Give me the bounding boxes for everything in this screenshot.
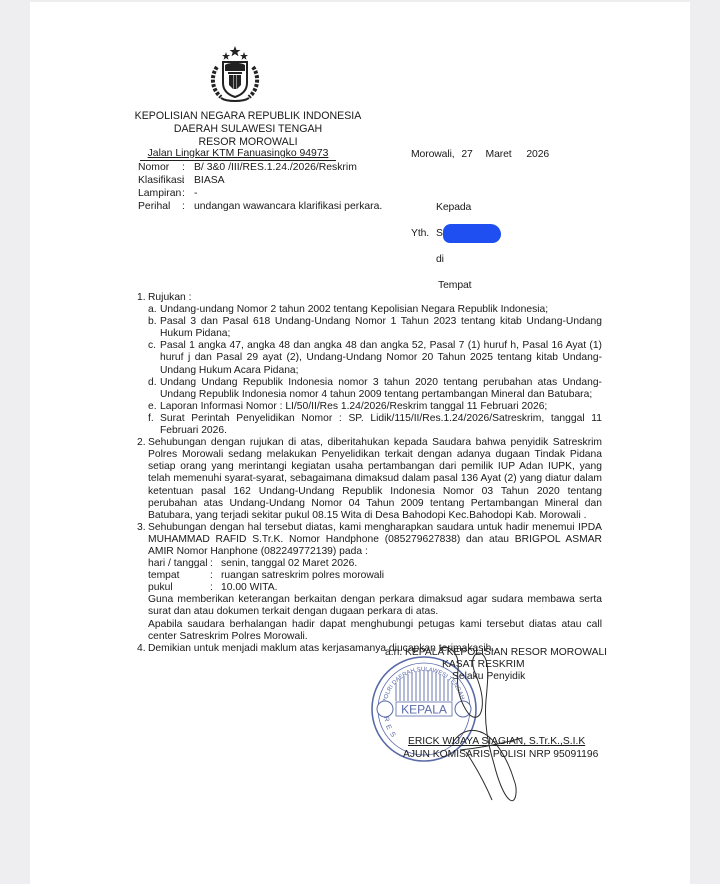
reference-b: b.Pasal 3 dan Pasal 618 Undang-Undang No… [148,316,602,340]
reference-a: a.Undang-undang Nomor 2 tahun 2002 tenta… [148,304,602,316]
recipient-yth: Yth. [411,228,429,240]
date-day: 27 [461,149,472,160]
date-year: 2026 [526,149,549,160]
paragraph-1-title: Rujukan : [148,292,602,304]
meta-klasifikasi-value: BIASA [194,175,225,186]
date-city: Morowali, [411,149,455,160]
police-emblem-icon [207,45,263,103]
redaction-mark [443,224,501,243]
recipient-kepada: Kepada [436,202,471,214]
meta-perihal-value: undangan wawancara klarifikasi perkara. [194,201,382,212]
schedule-place: tempat:ruangan satreskrim polres morowal… [148,570,602,582]
meta-nomor-label: Nomor [138,162,182,174]
letterhead-line-institution: KEPOLISIAN NEGARA REPUBLIK INDONESIA [133,110,363,123]
paragraph-1: 1. Rujukan : a.Undang-undang Nomor 2 tah… [137,292,602,437]
meta-perihal-label: Perihal [138,201,182,213]
svg-text:RES: RES [382,716,399,742]
reference-e: e.Laporan Informasi Nomor : LI/50/II/Res… [148,401,602,413]
meta-klasifikasi-label: Klasifikasi [138,175,182,187]
meta-klasifikasi: Klasifikasi:BIASA [138,175,225,187]
schedule-date: hari / tanggal:senin, tanggal 02 Maret 2… [148,558,602,570]
letter-date: Morowali, 27 Maret 2026 [411,149,549,161]
schedule-time: pukul:10.00 WITA. [148,582,602,594]
paragraph-3: 3. Sehubungan dengan hal tersebut diatas… [137,522,602,643]
reference-c: c.Pasal 1 angka 47, angka 48 dan angka 4… [148,340,602,376]
paragraph-3-note-1: Guna memberikan keterangan berkaitan den… [148,594,602,618]
meta-lampiran-value: - [194,188,197,199]
recipient-tempat: Tempat [438,280,471,292]
reference-f: f.Surat Perintah Penyelidikan Nomor : SP… [148,413,602,437]
letterhead-address: Jalan Lingkar KTM Fanuasingko 94973 [140,148,336,159]
reference-d: d.Undang Undang Republik Indonesia nomor… [148,377,602,401]
letterhead-divider [140,160,336,161]
paragraph-2: 2. Sehubungan dengan rujukan di atas, di… [137,437,602,522]
letter-body: 1. Rujukan : a.Undang-undang Nomor 2 tah… [137,292,602,655]
meta-nomor-value: B/ 3&0 /III/RES.1.24./2026/Reskrim [194,162,357,173]
meta-lampiran: Lampiran:- [138,188,197,200]
recipient-di: di [436,254,444,266]
letterhead-line-region: DAERAH SULAWESI TENGAH [133,123,363,136]
handwritten-signature-icon [430,640,550,805]
date-month: Maret [486,149,512,160]
meta-perihal: Perihal:undangan wawancara klarifikasi p… [138,201,382,213]
meta-lampiran-label: Lampiran [138,188,182,200]
meta-nomor: Nomor:B/ 3&0 /III/RES.1.24./2026/Reskrim [138,162,357,174]
